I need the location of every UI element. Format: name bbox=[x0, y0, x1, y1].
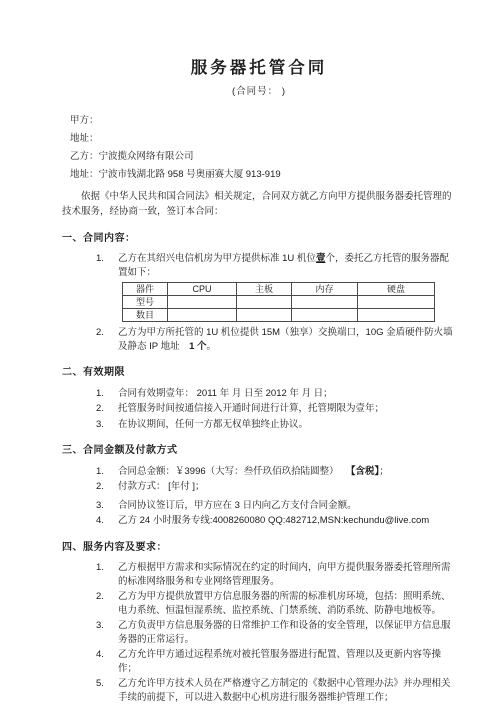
server-config-table: 器件 CPU 主板 内存 硬盘 型号 数目 bbox=[122, 282, 435, 322]
header-cell-disk: 硬盘 bbox=[358, 283, 435, 296]
empty-cell bbox=[168, 309, 237, 322]
section2-item3: 3. 在协议期间，任何一方都无权单独终止协议。 bbox=[96, 418, 456, 432]
section1-item2: 2. 乙方为甲方所托管的 1U 机位提供 15M（独享）交换端口，10G 金盾硬… bbox=[96, 326, 456, 353]
section2-item1: 1. 合同有效期壹年： 2011 年 月 日至 2012 年 月 日； bbox=[96, 387, 456, 401]
item-number: 2. bbox=[96, 480, 118, 494]
section4-item2: 2. 乙方为甲方提供放置甲方信息服务器的所需的标准机房环境，包括：照明系统、电力… bbox=[96, 590, 456, 617]
item-text: 乙方允许甲方技术人员在严格遵守乙方制定的《数据中心管理办法》并办理相关手续的前提… bbox=[118, 677, 456, 704]
item-text-pre: 合同总金额：￥3996（大写：叁仟玖佰玖拾陆圆整） bbox=[118, 466, 346, 477]
item-text: 乙方负责甲方信息服务器的日常维护工作和设备的安全管理，以保证甲方信息服务器的正常… bbox=[118, 619, 456, 646]
contract-number-line: (合同号： ) bbox=[62, 85, 456, 99]
section4-heading: 四、服务内容及要求： bbox=[62, 541, 456, 555]
item-text: 乙方在其绍兴电信机房为甲方提供标准 1U 机位壹个，委托乙方托管的服务器配置如下… bbox=[118, 252, 456, 279]
item-number: 2. bbox=[96, 402, 118, 416]
empty-cell bbox=[168, 296, 237, 309]
party-a-address-line: 地址： bbox=[70, 130, 456, 148]
item-text-post: ； bbox=[379, 466, 389, 477]
empty-cell bbox=[237, 296, 292, 309]
header-cell-cpu: CPU bbox=[168, 283, 237, 296]
item-text-pre: 乙方为甲方所托管的 1U 机位提供 15M（独享）交换端口，10G 金盾硬件防火… bbox=[118, 327, 453, 352]
section2-list: 1. 合同有效期壹年： 2011 年 月 日至 2012 年 月 日； 2. 托… bbox=[96, 387, 456, 432]
item-text-pre: 乙方在其绍兴电信机房为甲方提供标准 1U 机位 bbox=[118, 253, 316, 264]
section4-item1: 1. 乙方根据甲方需求和实际情况在约定的时间内，向甲方提供服务器委托管理所需的标… bbox=[96, 561, 456, 588]
empty-cell bbox=[358, 296, 435, 309]
item-text-post: 。 bbox=[207, 341, 217, 352]
empty-cell bbox=[237, 309, 292, 322]
empty-cell bbox=[358, 309, 435, 322]
item-text: 托管服务时间按通信接入开通时间进行计算，托管期限为壹年； bbox=[118, 402, 456, 416]
header-cell-memory: 内存 bbox=[292, 283, 358, 296]
empty-cell bbox=[292, 309, 358, 322]
section3-item2: 2. 付款方式： [年付 ]； bbox=[96, 480, 456, 494]
section3-item3: 3. 合同协议签订后，甲方应在 3 日内向乙方支付合同金额。 bbox=[96, 499, 456, 513]
item-number: 1. bbox=[96, 387, 118, 401]
item-text: 乙方允许甲方通过远程系统对被托管服务器进行配置、管理以及更新内容等操作； bbox=[118, 648, 456, 675]
section4-item5: 5. 乙方允许甲方技术人员在严格遵守乙方制定的《数据中心管理办法》并办理相关手续… bbox=[96, 677, 456, 704]
table-row-model: 型号 bbox=[123, 296, 435, 309]
header-cell-component: 器件 bbox=[123, 283, 168, 296]
item-number: 1. bbox=[96, 252, 118, 279]
item-number: 5. bbox=[96, 677, 118, 704]
item-text: 乙方为甲方提供放置甲方信息服务器的所需的标准机房环境，包括：照明系统、电力系统、… bbox=[118, 590, 456, 617]
section3-item1: 1. 合同总金额：￥3996（大写：叁仟玖佰玖拾陆圆整） 【含税】； bbox=[96, 465, 456, 479]
table-row-quantity: 数目 bbox=[123, 309, 435, 322]
item-number: 4. bbox=[96, 514, 118, 528]
contract-document-page: 服务器托管合同 (合同号： ) 甲方： 地址： 乙方：宁波揽众网络有限公司 地址… bbox=[0, 0, 500, 707]
parties-block: 甲方： 地址： 乙方：宁波揽众网络有限公司 地址：宁波市钱湖北路 958 号奥丽… bbox=[70, 112, 456, 184]
table-header-row: 器件 CPU 主板 内存 硬盘 bbox=[123, 283, 435, 296]
item-number: 1. bbox=[96, 561, 118, 588]
section1-item1: 1. 乙方在其绍兴电信机房为甲方提供标准 1U 机位壹个，委托乙方托管的服务器配… bbox=[96, 252, 456, 279]
header-cell-mainboard: 主板 bbox=[237, 283, 292, 296]
section2-heading: 二、有效期限 bbox=[62, 366, 456, 380]
item-number: 1. bbox=[96, 465, 118, 479]
document-content: 服务器托管合同 (合同号： ) 甲方： 地址： 乙方：宁波揽众网络有限公司 地址… bbox=[0, 0, 500, 704]
section4-list: 1. 乙方根据甲方需求和实际情况在约定的时间内，向甲方提供服务器委托管理所需的标… bbox=[96, 561, 456, 704]
item-text: 乙方根据甲方需求和实际情况在约定的时间内，向甲方提供服务器委托管理所需的标准网络… bbox=[118, 561, 456, 588]
party-b-address-line: 地址：宁波市钱湖北路 958 号奥丽赛大厦 913-919 bbox=[70, 166, 456, 184]
row-label-quantity: 数目 bbox=[123, 309, 168, 322]
section3-item4: 4. 乙方 24 小时服务专线:4008260080 QQ:482712,MSN… bbox=[96, 514, 456, 528]
item-text-emphasis: 【含税】 bbox=[346, 466, 379, 477]
section3-heading: 三、合同金额及付款方式 bbox=[62, 444, 456, 458]
item-number: 2. bbox=[96, 326, 118, 353]
section3-list: 1. 合同总金额：￥3996（大写：叁仟玖佰玖拾陆圆整） 【含税】； 2. 付款… bbox=[96, 465, 456, 528]
section4-item3: 3. 乙方负责甲方信息服务器的日常维护工作和设备的安全管理，以保证甲方信息服务器… bbox=[96, 619, 456, 646]
empty-cell bbox=[292, 296, 358, 309]
item-number: 3. bbox=[96, 619, 118, 646]
item-number: 3. bbox=[96, 418, 118, 432]
section1-heading: 一、合同内容： bbox=[62, 232, 456, 246]
item-number: 3. bbox=[96, 499, 118, 513]
item-text: 乙方 24 小时服务专线:4008260080 QQ:482712,MSN:ke… bbox=[118, 514, 456, 528]
item-number: 2. bbox=[96, 590, 118, 617]
row-label-model: 型号 bbox=[123, 296, 168, 309]
party-a-line: 甲方： bbox=[70, 112, 456, 130]
party-b-line: 乙方：宁波揽众网络有限公司 bbox=[70, 148, 456, 166]
item-text: 合同有效期壹年： 2011 年 月 日至 2012 年 月 日； bbox=[118, 387, 456, 401]
preamble-paragraph: 依据《中华人民共和国合同法》相关规定，合同双方就乙方向甲方提供服务器委托管理的技… bbox=[62, 189, 456, 219]
item-text: 付款方式： [年付 ]； bbox=[118, 480, 456, 494]
document-title: 服务器托管合同 bbox=[62, 58, 456, 78]
item-text: 合同总金额：￥3996（大写：叁仟玖佰玖拾陆圆整） 【含税】； bbox=[118, 465, 456, 479]
item-text-emphasis: 1 个 bbox=[189, 341, 206, 352]
section4-item4: 4. 乙方允许甲方通过远程系统对被托管服务器进行配置、管理以及更新内容等操作； bbox=[96, 648, 456, 675]
item-text: 合同协议签订后，甲方应在 3 日内向乙方支付合同金额。 bbox=[118, 499, 456, 513]
item-text: 在协议期间，任何一方都无权单独终止协议。 bbox=[118, 418, 456, 432]
item-text: 乙方为甲方所托管的 1U 机位提供 15M（独享）交换端口，10G 金盾硬件防火… bbox=[118, 326, 456, 353]
section1-list: 1. 乙方在其绍兴电信机房为甲方提供标准 1U 机位壹个，委托乙方托管的服务器配… bbox=[96, 252, 456, 353]
section2-item2: 2. 托管服务时间按通信接入开通时间进行计算，托管期限为壹年； bbox=[96, 402, 456, 416]
item-number: 4. bbox=[96, 648, 118, 675]
